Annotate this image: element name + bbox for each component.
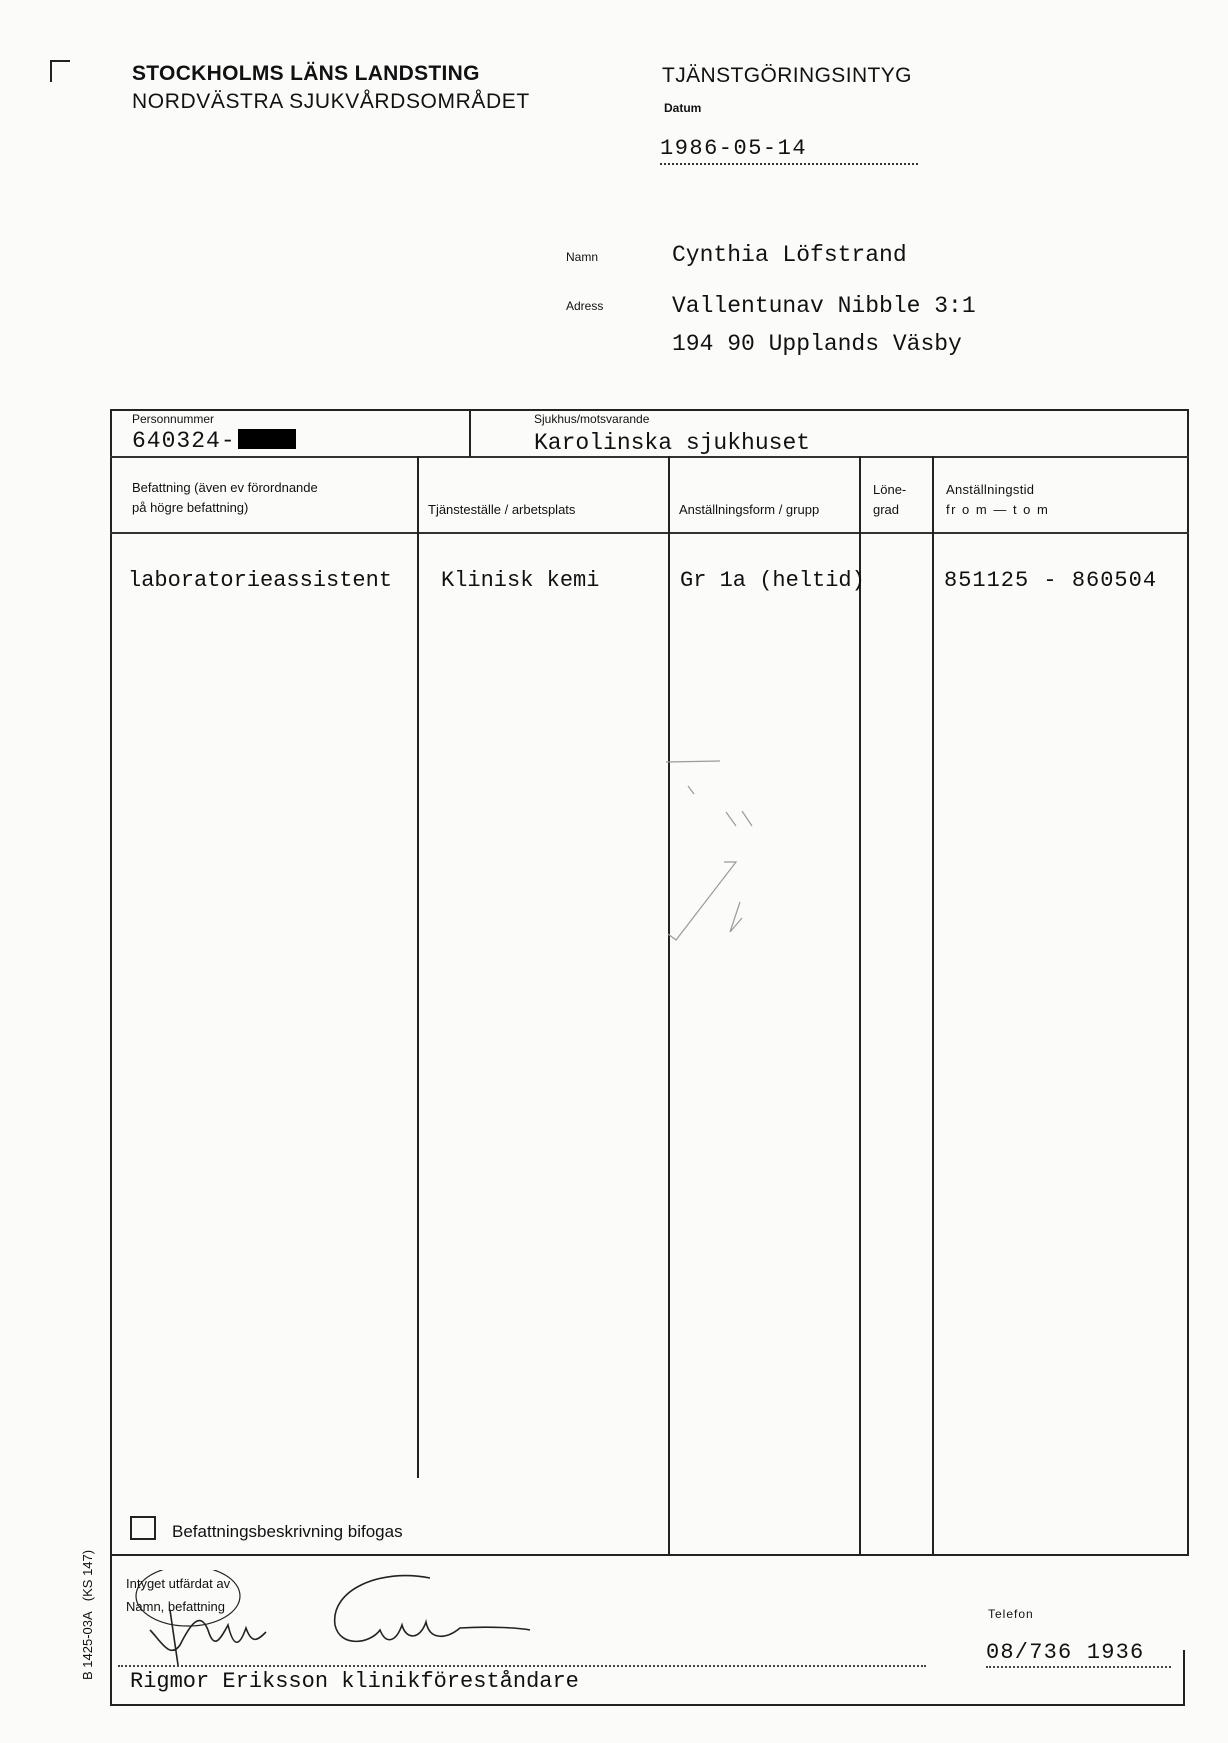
phone-value: 08/736 1936 — [986, 1640, 1171, 1668]
name-label: Namn — [566, 250, 598, 264]
col-header-employment-form: Anställningsform / grupp — [679, 500, 819, 520]
row-employment-form: Gr 1a (heltid) — [680, 568, 865, 593]
date-label: Datum — [664, 101, 701, 115]
row-divider-identity — [110, 456, 1189, 458]
address-label: Adress — [566, 299, 603, 313]
col-header-salary-grade-line2: grad — [873, 500, 906, 520]
corner-registration-mark — [50, 60, 70, 82]
redaction-block — [238, 429, 296, 449]
row-divider-header — [110, 532, 1189, 534]
personnummer-value: 640324- — [132, 428, 236, 454]
col-header-position-line2: på högre befattning) — [132, 498, 318, 518]
col-header-position-line1: Befattning (även ev förordnande — [132, 478, 318, 498]
row-period: 851125 - 860504 — [944, 568, 1157, 593]
pencil-marks — [660, 750, 780, 970]
identity-divider — [469, 409, 471, 457]
hospital-label: Sjukhus/motsvarande — [534, 412, 649, 426]
col-header-salary-grade-line1: Löne- — [873, 480, 906, 500]
district-name: NORDVÄSTRA SJUKVÅRDSOMRÅDET — [132, 90, 530, 114]
document-title: TJÄNSTGÖRINGSINTYG — [662, 64, 912, 88]
organization-name: STOCKHOLMS LÄNS LANDSTING — [132, 62, 480, 86]
signature-frame-left — [110, 1555, 112, 1706]
col-header-period: Anställningstid fr o m — t o m — [946, 480, 1049, 520]
personnummer-label: Personnummer — [132, 412, 214, 426]
column-divider-2 — [668, 456, 670, 1556]
column-divider-1 — [417, 456, 419, 1478]
col-header-period-line1: Anställningstid — [946, 480, 1049, 500]
date-value: 1986-05-14 — [660, 136, 918, 165]
address-line1: Vallentunav Nibble 3:1 — [672, 293, 976, 319]
col-header-salary-grade: Löne- grad — [873, 480, 906, 520]
attachment-checkbox-label: Befattningsbeskrivning bifogas — [172, 1522, 403, 1542]
signature-line — [118, 1665, 926, 1667]
signature-frame-right — [1183, 1650, 1185, 1706]
form-code: B 1425-03A (KS 147) — [80, 1550, 95, 1680]
hospital-value: Karolinska sjukhuset — [534, 430, 810, 456]
row-workplace: Klinisk kemi — [441, 568, 599, 593]
attachment-checkbox[interactable] — [130, 1516, 156, 1540]
handwritten-signature — [130, 1570, 550, 1670]
col-header-workplace: Tjänsteställe / arbetsplats — [428, 500, 575, 520]
column-divider-4 — [932, 456, 934, 1556]
col-header-period-line2: fr o m — t o m — [946, 500, 1049, 520]
column-divider-3 — [859, 456, 861, 1556]
phone-label: Telefon — [988, 1607, 1034, 1621]
signature-frame-bottom — [110, 1704, 1185, 1706]
col-header-position: Befattning (även ev förordnande på högre… — [132, 478, 318, 518]
address-line2: 194 90 Upplands Väsby — [672, 331, 962, 357]
name-value: Cynthia Löfstrand — [672, 242, 907, 268]
signer-name: Rigmor Eriksson klinikföreståndare — [130, 1669, 579, 1694]
personnummer-field: 640324- — [132, 428, 296, 454]
row-position: laboratorieassistent — [128, 568, 392, 593]
